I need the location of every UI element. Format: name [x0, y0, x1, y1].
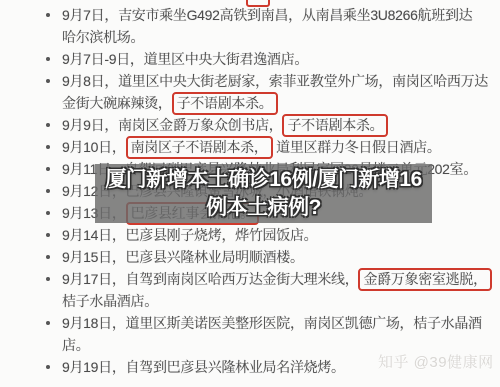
- red-highlight-box: 子不语剧本杀。: [172, 92, 278, 115]
- list-item-line: 9月8日，道里区中央大街老厨家，索菲亚教堂外广场，南岗区哈西万达: [62, 70, 492, 92]
- itinerary-text: 9月17日，自驾到南岗区哈西万达金街大理米线，: [62, 271, 358, 287]
- itinerary-text: 9月14日，巴彦县刚子烧烤，烨竹园饭店。: [62, 227, 317, 243]
- bullet-icon: [46, 123, 50, 127]
- bullet-icon: [46, 13, 50, 17]
- list-item-line: 9月7日-9日，道里区中央大街君逸酒店。: [62, 48, 492, 70]
- list-item-line: 9月9日，南岗区金爵万象众创书店，子不语剧本杀。: [62, 114, 492, 136]
- list-item-line: 9月14日，巴彦县刚子烧烤，烨竹园饭店。: [62, 224, 492, 246]
- list-item: 9月7日-9日，道里区中央大街君逸酒店。: [62, 48, 492, 70]
- itinerary-text: 道里区群力冬日假日酒店。: [273, 139, 441, 155]
- list-item: 9月17日，自驾到南岗区哈西万达金街大理米线，金爵万象密室逃脱，桔子水晶酒店。: [62, 268, 492, 312]
- itinerary-text: 9月7日，吉安市乘坐G492高铁到南昌，从南昌乘坐3U8266航班到达: [62, 7, 472, 23]
- bullet-icon: [46, 145, 50, 149]
- itinerary-text: 哈尔滨机场。: [62, 29, 144, 45]
- list-item: 9月10日，南岗区子不语剧本杀， 道里区群力冬日假日酒店。: [62, 136, 492, 158]
- bullet-icon: [46, 79, 50, 83]
- itinerary-text: 金街大碗麻辣烫，: [62, 95, 172, 111]
- itinerary-text: 9月19日，自驾到巴彦县兴隆林业局名洋烧烤。: [62, 359, 345, 375]
- bullet-icon: [46, 365, 50, 369]
- list-item: 9月18日，道里区斯美诺医美整形医院，南岗区凯德广场，桔子水晶酒店。: [62, 312, 492, 356]
- itinerary-text: 9月9日，南岗区金爵万象众创书店，: [62, 117, 282, 133]
- bullet-icon: [46, 211, 50, 215]
- red-highlight-box: 南岗区子不语剧本杀，: [126, 136, 273, 159]
- overlay-title-line1: 厦门新增本土确诊16例/厦门新增16: [105, 166, 422, 194]
- list-item: 9月15日，巴彦县兴隆林业局明顺酒楼。: [62, 246, 492, 268]
- bullet-icon: [46, 277, 50, 281]
- overlay-title-line2: 例本土病例?: [206, 194, 321, 222]
- bullet-icon: [46, 189, 50, 193]
- screenshot-root: 9月7日，吉安市乘坐G492高铁到南昌，从南昌乘坐3U8266航班到达哈尔滨机场…: [0, 0, 500, 387]
- itinerary-text: 9月18日，道里区斯美诺医美整形医院，南岗区凯德广场，桔子水晶酒: [62, 315, 482, 331]
- bullet-icon: [46, 233, 50, 237]
- itinerary-text: 9月10日，: [62, 139, 126, 155]
- list-item-line: 金街大碗麻辣烫，子不语剧本杀。: [62, 92, 492, 114]
- list-item-line: 哈尔滨机场。: [62, 26, 492, 48]
- red-highlight-box: 金爵万象密室逃脱，: [358, 268, 491, 291]
- list-item-line: 桔子水晶酒店。: [62, 290, 492, 312]
- red-highlight-box: 子不语剧本杀。: [282, 114, 388, 137]
- itinerary-text: 9月8日，道里区中央大街老厨家，索菲亚教堂外广场，南岗区哈西万达: [62, 73, 488, 89]
- list-item: 9月8日，道里区中央大街老厨家，索菲亚教堂外广场，南岗区哈西万达金街大碗麻辣烫，…: [62, 70, 492, 114]
- title-overlay: 厦门新增本土确诊16例/厦门新增16 例本土病例?: [95, 164, 432, 223]
- itinerary-text: 店。: [62, 337, 89, 353]
- bullet-icon: [46, 57, 50, 61]
- itinerary-text: 9月7日-9日，道里区中央大街君逸酒店。: [62, 51, 308, 67]
- zhihu-watermark: 知乎 @39健康网: [378, 351, 494, 372]
- list-item-line: 9月18日，道里区斯美诺医美整形医院，南岗区凯德广场，桔子水晶酒: [62, 312, 492, 334]
- list-item-line: 9月10日，南岗区子不语剧本杀， 道里区群力冬日假日酒店。: [62, 136, 492, 158]
- list-item: 9月14日，巴彦县刚子烧烤，烨竹园饭店。: [62, 224, 492, 246]
- bullet-icon: [46, 167, 50, 171]
- list-item: 9月9日，南岗区金爵万象众创书店，子不语剧本杀。: [62, 114, 492, 136]
- list-item-line: 9月15日，巴彦县兴隆林业局明顺酒楼。: [62, 246, 492, 268]
- itinerary-text: 桔子水晶酒店。: [62, 293, 158, 309]
- list-item: 9月7日，吉安市乘坐G492高铁到南昌，从南昌乘坐3U8266航班到达哈尔滨机场…: [62, 4, 492, 48]
- bullet-icon: [46, 255, 50, 259]
- list-item-line: 9月17日，自驾到南岗区哈西万达金街大理米线，金爵万象密室逃脱，: [62, 268, 492, 290]
- bullet-icon: [46, 321, 50, 325]
- list-item-line: 9月7日，吉安市乘坐G492高铁到南昌，从南昌乘坐3U8266航班到达: [62, 4, 492, 26]
- itinerary-text: 9月15日，巴彦县兴隆林业局明顺酒楼。: [62, 249, 304, 265]
